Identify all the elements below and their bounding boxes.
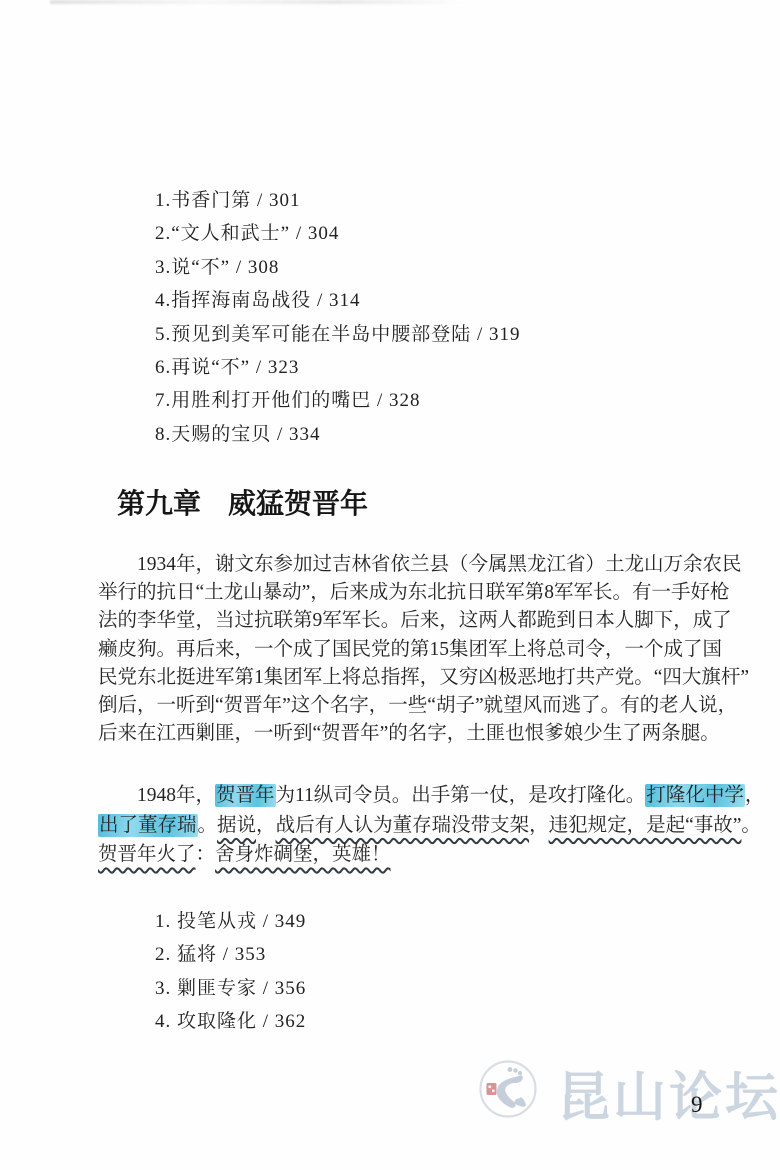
toc-item: 6.再说“不” / 323 bbox=[155, 351, 521, 384]
book-page: 1.书香门第 / 301 2.“文人和武士” / 304 3.说“不” / 30… bbox=[0, 0, 780, 1170]
page-number: 9 bbox=[691, 1092, 703, 1118]
paragraph-line: 后来在江西剿匪，一听到“贺晋年”的名字，土匪也恨爹娘少生了两条腿。 bbox=[98, 720, 684, 748]
highlight-mark: 打隆化中学 bbox=[645, 784, 745, 807]
highlight-mark: 贺晋年 bbox=[215, 784, 276, 807]
paragraph-line: 法的李华堂，当过抗联第9军军长。后来，这两人都跪到日本人脚下，成了 bbox=[98, 607, 684, 635]
paragraph-line: 1948年，贺晋年为11纵司令员。出手第一仗，是攻打隆化。打隆化中学， bbox=[98, 781, 684, 811]
text-run: ： bbox=[196, 844, 216, 865]
paragraph-history: 1934年，谢文东参加过吉林省依兰县（今属黑龙江省）土龙山万余农民 举行的抗日“… bbox=[98, 551, 684, 748]
paragraph-line: 倒后，一听到“贺晋年”这个名字，一些“胡子”就望风而逃了。有的老人说， bbox=[98, 692, 684, 720]
toc-item: 5.预见到美军可能在半岛中腰部登陆 / 319 bbox=[155, 318, 521, 351]
toc-list-bottom: 1. 投笔从戎 / 349 2. 猛将 / 353 3. 剿匪专家 / 356 … bbox=[155, 905, 306, 1039]
chapter-title: 威猛贺晋年 bbox=[228, 489, 368, 520]
text-run: 。 bbox=[198, 815, 218, 836]
kunshan-forum-logo-icon bbox=[477, 1057, 539, 1121]
scan-noise-smudge bbox=[50, 0, 570, 4]
paragraph-line: 举行的抗日“土龙山暴动”，后来成为东北抗日联军第8军军长。有一手好枪 bbox=[98, 579, 684, 607]
pen-underline: 据说 bbox=[217, 815, 256, 836]
toc-item: 2.“文人和武士” / 304 bbox=[155, 217, 521, 250]
highlight-mark: 出了董存瑞 bbox=[98, 814, 198, 837]
paragraph-line: 贺晋年火了：舍身炸碉堡，英雄！ bbox=[98, 840, 684, 870]
pen-underline: 违犯规定，是起“事故” bbox=[549, 815, 742, 836]
toc-item: 4. 攻取隆化 / 362 bbox=[155, 1005, 306, 1038]
toc-item: 8.天赐的宝贝 / 334 bbox=[155, 418, 521, 451]
text-run: 为11纵司令员。出手第一仗，是攻打隆化。 bbox=[276, 785, 646, 806]
chapter-number: 第九章 bbox=[117, 489, 201, 520]
paragraph-line: 1934年，谢文东参加过吉林省依兰县（今属黑龙江省）土龙山万余农民 bbox=[98, 551, 684, 579]
toc-item: 1. 投笔从戎 / 349 bbox=[155, 905, 306, 938]
text-run: ， bbox=[256, 815, 276, 836]
toc-item: 2. 猛将 / 353 bbox=[155, 938, 306, 971]
toc-item: 4.指挥海南岛战役 / 314 bbox=[155, 284, 521, 317]
pen-underline: 战后有人认为董存瑞没带支架 bbox=[276, 815, 530, 836]
toc-item: 3.说“不” / 308 bbox=[155, 251, 521, 284]
text-run: ， bbox=[529, 815, 549, 836]
pen-underline: 贺晋年火了 bbox=[98, 844, 196, 865]
watermark: 昆山论坛 bbox=[477, 1053, 777, 1128]
paragraph-line: 癞皮狗。再后来，一个成了国民党的第15集团军上将总司令，一个成了国 bbox=[98, 636, 684, 664]
paragraph-line: 出了董存瑞。据说，战后有人认为董存瑞没带支架，违犯规定，是起“事故”。 bbox=[98, 811, 684, 841]
pen-underline: 舍身炸碉堡，英雄！ bbox=[215, 844, 391, 865]
text-run: 1948年， bbox=[137, 785, 215, 806]
toc-item: 3. 剿匪专家 / 356 bbox=[155, 972, 306, 1005]
toc-list-top: 1.书香门第 / 301 2.“文人和武士” / 304 3.说“不” / 30… bbox=[155, 184, 521, 451]
toc-item: 1.书香门第 / 301 bbox=[155, 184, 521, 217]
paragraph-annotated: 1948年，贺晋年为11纵司令员。出手第一仗，是攻打隆化。打隆化中学， 出了董存… bbox=[98, 781, 684, 870]
text-run: 。 bbox=[741, 815, 761, 836]
chapter-heading: 第九章威猛贺晋年 bbox=[117, 482, 368, 522]
toc-item: 7.用胜利打开他们的嘴巴 / 328 bbox=[155, 384, 521, 417]
paragraph-line: 民党东北挺进军第1集团军上将总指挥，又穷凶极恶地打共产党。“四大旗杆” bbox=[98, 664, 684, 692]
text-run: ， bbox=[745, 785, 765, 806]
watermark-text: 昆山论坛 bbox=[557, 1055, 780, 1131]
